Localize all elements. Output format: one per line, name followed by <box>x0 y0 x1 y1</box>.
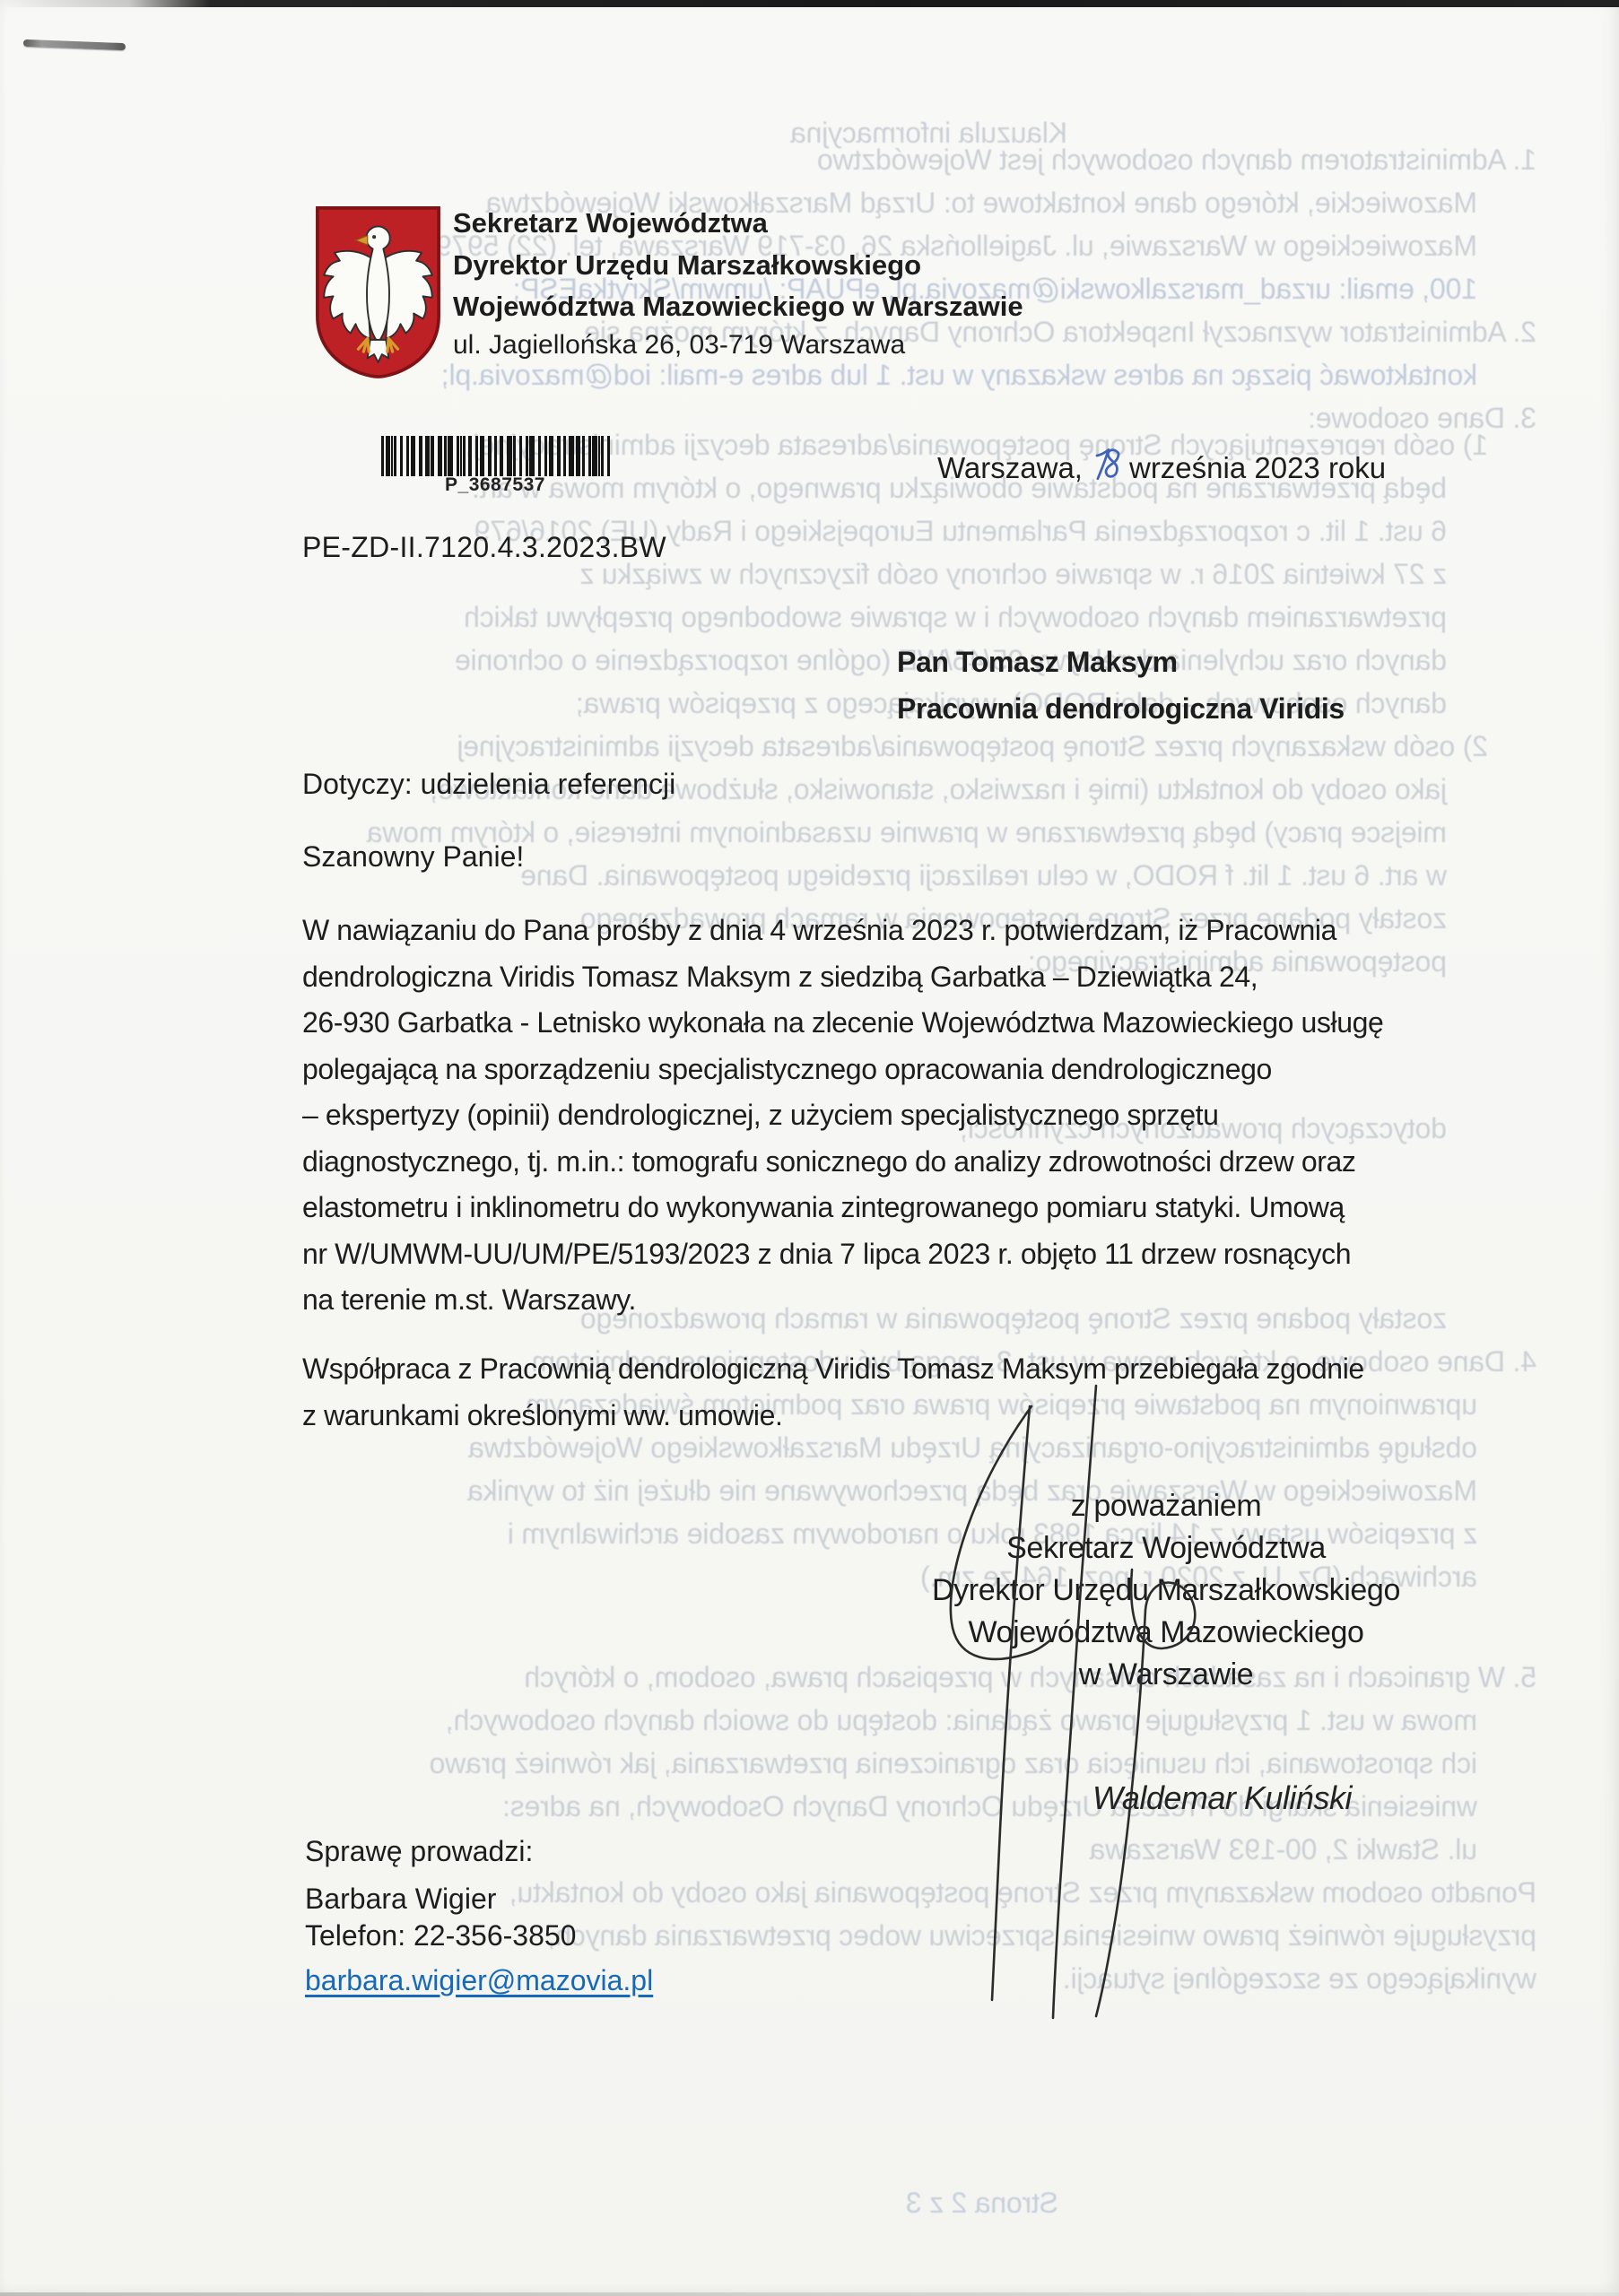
scanned-letter-page: Klauzula informacyjna1. Administratorem … <box>0 0 1619 2296</box>
staple-mark <box>23 39 126 50</box>
bleed-through-line: Strona 2 z 3 <box>906 2187 1058 2220</box>
body-line: Współpraca z Pracownią dendrologiczną Vi… <box>302 1346 1504 1393</box>
bleed-through-line: miejsce pracy) będą przetwarzane w prawn… <box>367 816 1447 849</box>
scan-bottom-edge <box>0 2292 1619 2296</box>
handwritten-signature <box>933 1372 1229 2027</box>
sender-title-line: Województwa Mazowieckiego w Warszawie <box>453 286 1023 328</box>
date-line: Warszawa, września 2023 roku <box>937 445 1386 486</box>
barcode <box>381 436 610 476</box>
addressee-name: Pan Tomasz Maksym <box>897 639 1345 685</box>
date-rest: września 2023 roku <box>1129 451 1386 484</box>
contact-phone: Telefon: 22-356-3850 <box>305 1919 576 1952</box>
scan-top-edge <box>0 0 1619 7</box>
addressee-company: Pracownia dendrologiczna Viridis <box>897 685 1345 732</box>
body-line: W nawiązaniu do Pana prośby z dnia 4 wrz… <box>302 908 1504 954</box>
bleed-through-line: 1. Administratorem danych osobowych jest… <box>817 143 1536 177</box>
body-line: na terenie m.st. Warszawy. <box>302 1277 1504 1324</box>
sender-titles: Sekretarz WojewództwaDyrektor Urzędu Mar… <box>453 203 1023 328</box>
case-reference: PE-ZD-II.7120.4.3.2023.BW <box>302 531 666 564</box>
contact-name: Barbara Wigier <box>305 1883 496 1916</box>
sender-address: ul. Jagiellońska 26, 03-719 Warszawa <box>453 330 905 361</box>
salutation: Szanowny Panie! <box>302 840 524 874</box>
bleed-through-line: 3. Dane osobowe: <box>1308 402 1536 435</box>
signer-name: Waldemar Kuliński <box>1092 1779 1352 1817</box>
body-line: nr W/UMWM-UU/UM/PE/5193/2023 z dnia 7 li… <box>302 1231 1504 1278</box>
bleed-through-line: Klauzula informacyjna <box>790 117 1067 150</box>
sender-title-line: Sekretarz Województwa <box>453 203 1023 245</box>
body-line: elastometru i inklinometru do wykonywani… <box>302 1185 1504 1231</box>
body-line: dendrologiczna Viridis Tomasz Maksym z s… <box>302 954 1504 1001</box>
eagle-eye <box>372 235 376 239</box>
body-line: diagnostycznego, tj. m.in.: tomografu so… <box>302 1139 1504 1186</box>
sender-title-line: Dyrektor Urzędu Marszałkowskiego <box>453 245 1023 287</box>
body-line: z warunkami określonymi ww. umowie. <box>302 1393 1504 1439</box>
subject-line: Dotyczy: udzielenia referencji <box>302 768 675 801</box>
body-paragraph-2: Współpraca z Pracownią dendrologiczną Vi… <box>302 1346 1504 1439</box>
body-line: – ekspertyzy (opinii) dendrologicznej, z… <box>302 1092 1504 1139</box>
bleed-through-line: z 27 kwietnia 2016 r. w sprawie ochrony … <box>579 558 1447 591</box>
bleed-through-line: w art. 6 ust. 1 lit. f RODO, w celu real… <box>520 859 1447 892</box>
body-line: polegającą na sporządzeniu specjalistycz… <box>302 1047 1504 1093</box>
body-line: 26-930 Garbatka - Letnisko wykonała na z… <box>302 1000 1504 1047</box>
barcode-label: P_3687537 <box>405 474 585 496</box>
handwritten-day-18 <box>1086 445 1127 486</box>
contact-email-link[interactable]: barbara.wigier@mazovia.pl <box>305 1964 653 1997</box>
contact-label: Sprawę prowadzi: <box>305 1835 533 1868</box>
body-paragraph-1: W nawiązaniu do Pana prośby z dnia 4 wrz… <box>302 908 1504 1324</box>
bleed-through-line: 2) osób wskazanych przez Stronę postępow… <box>457 730 1488 763</box>
bleed-through-line: kontaktować pisząc na adres wskazany w u… <box>441 359 1477 392</box>
date-city: Warszawa, <box>937 451 1083 484</box>
addressee-block: Pan Tomasz Maksym Pracownia dendrologicz… <box>897 639 1345 732</box>
bleed-through-line: przetwarzaniem danych osobowych i w spra… <box>464 601 1447 634</box>
mazovia-coat-of-arms-icon <box>312 203 444 379</box>
